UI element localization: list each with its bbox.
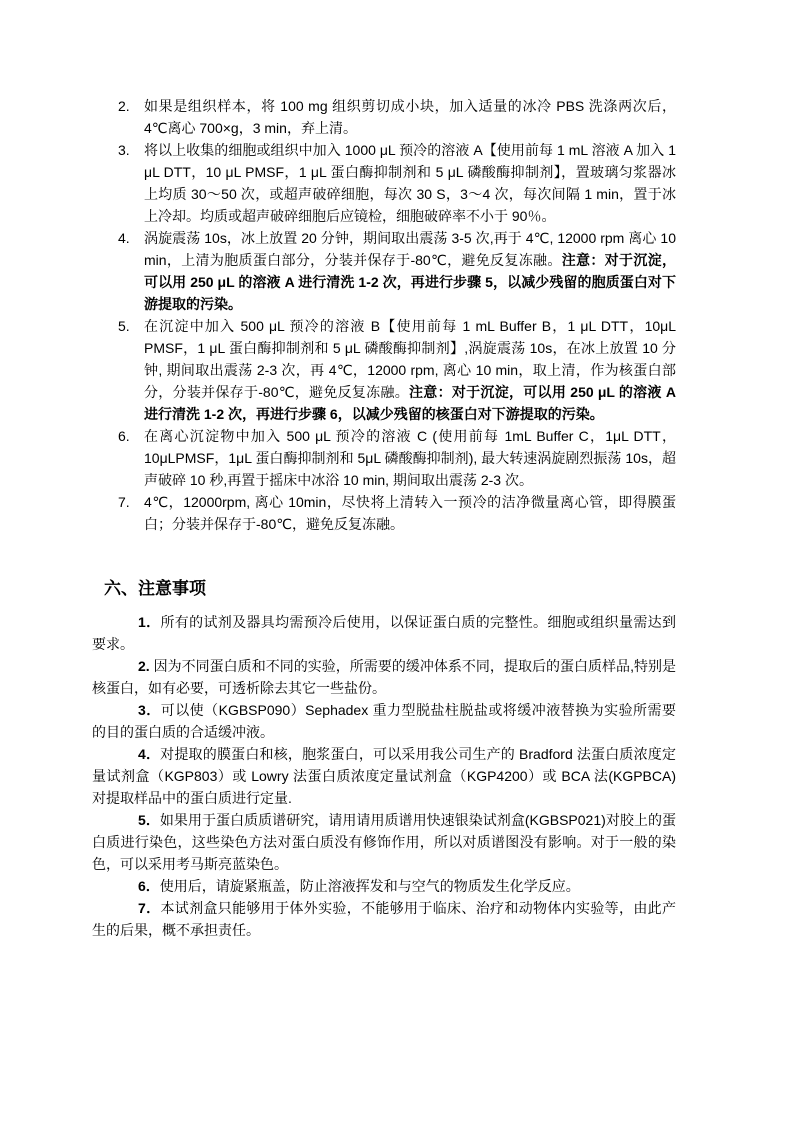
note-number: 4． bbox=[138, 746, 160, 762]
note-paragraph: 7．本试剂盒只能够用于体外实验，不能够用于临床、治疗和动物体内实验等，由此产生的… bbox=[92, 897, 676, 941]
step-text-segment: 4℃，12000rpm, 离心 10min，尽快将上清转入一预冷的洁净微量离心管… bbox=[144, 494, 676, 532]
note-text: 对提取的膜蛋白和核，胞浆蛋白，可以采用我公司生产的 Bradford 法蛋白质浓… bbox=[92, 746, 676, 806]
step-number: 7. bbox=[118, 491, 144, 535]
step-text: 涡旋震荡 10s，冰上放置 20 分钟，期间取出震荡 3-5 次,再于 4℃, … bbox=[144, 227, 676, 315]
procedure-step: 7.4℃，12000rpm, 离心 10min，尽快将上清转入一预冷的洁净微量离… bbox=[92, 491, 676, 535]
note-number: 7． bbox=[138, 900, 160, 916]
step-text-segment: 在离心沉淀物中加入 500 μL 预冷的溶液 C (使用前每 1mL Buffe… bbox=[144, 428, 676, 488]
document-page: 2.如果是组织样本，将 100 mg 组织剪切成小块，加入适量的冰冷 PBS 洗… bbox=[0, 0, 794, 1123]
step-text: 在离心沉淀物中加入 500 μL 预冷的溶液 C (使用前每 1mL Buffe… bbox=[144, 425, 676, 491]
procedure-step: 5.在沉淀中加入 500 μL 预冷的溶液 B【使用前每 1 mL Buffer… bbox=[92, 315, 676, 425]
step-number: 4. bbox=[118, 227, 144, 315]
step-number: 2. bbox=[118, 95, 144, 139]
note-number: 5． bbox=[138, 812, 160, 828]
step-text: 4℃，12000rpm, 离心 10min，尽快将上清转入一预冷的洁净微量离心管… bbox=[144, 491, 676, 535]
procedure-step: 3.将以上收集的细胞或组织中加入 1000 μL 预冷的溶液 A【使用前每 1 … bbox=[92, 139, 676, 227]
note-paragraph: 5．如果用于蛋白质质谱研究，请用请用质谱用快速银染试剂盒(KGBSP021)对胶… bbox=[92, 809, 676, 875]
note-paragraph: 4．对提取的膜蛋白和核，胞浆蛋白，可以采用我公司生产的 Bradford 法蛋白… bbox=[92, 743, 676, 809]
notes-list: 1．所有的试剂及器具均需预冷后使用，以保证蛋白质的完整性。细胞或组织量需达到要求… bbox=[92, 611, 676, 941]
note-text: 可以使（KGBSP090）Sephadex 重力型脱盐柱脱盐或将缓冲液替换为实验… bbox=[92, 702, 676, 740]
procedure-step-list: 2.如果是组织样本，将 100 mg 组织剪切成小块，加入适量的冰冷 PBS 洗… bbox=[92, 95, 676, 535]
note-text: 因为不同蛋白质和不同的实验，所需要的缓冲体系不同，提取后的蛋白质样品,特别是核蛋… bbox=[92, 658, 676, 696]
note-text: 所有的试剂及器具均需预冷后使用，以保证蛋白质的完整性。细胞或组织量需达到要求。 bbox=[92, 614, 676, 652]
note-text: 如果用于蛋白质质谱研究，请用请用质谱用快速银染试剂盒(KGBSP021)对胶上的… bbox=[92, 812, 676, 872]
note-paragraph: 3．可以使（KGBSP090）Sephadex 重力型脱盐柱脱盐或将缓冲液替换为… bbox=[92, 699, 676, 743]
step-text-segment: 将以上收集的细胞或组织中加入 1000 μL 预冷的溶液 A【使用前每 1 mL… bbox=[144, 142, 676, 224]
note-number: 2. bbox=[138, 658, 150, 674]
note-number: 1． bbox=[138, 614, 160, 630]
step-number: 5. bbox=[118, 315, 144, 425]
note-paragraph: 6．使用后，请旋紧瓶盖，防止溶液挥发和与空气的物质发生化学反应。 bbox=[92, 875, 676, 897]
procedure-step: 2.如果是组织样本，将 100 mg 组织剪切成小块，加入适量的冰冷 PBS 洗… bbox=[92, 95, 676, 139]
note-number: 3． bbox=[138, 702, 161, 718]
note-text: 本试剂盒只能够用于体外实验，不能够用于临床、治疗和动物体内实验等，由此产生的后果… bbox=[92, 900, 676, 938]
step-text: 如果是组织样本，将 100 mg 组织剪切成小块，加入适量的冰冷 PBS 洗涤两… bbox=[144, 95, 676, 139]
note-paragraph: 1．所有的试剂及器具均需预冷后使用，以保证蛋白质的完整性。细胞或组织量需达到要求… bbox=[92, 611, 676, 655]
note-text: 使用后，请旋紧瓶盖，防止溶液挥发和与空气的物质发生化学反应。 bbox=[160, 878, 580, 894]
note-number: 6． bbox=[138, 878, 160, 894]
notes-section-heading: 六、注意事项 bbox=[104, 577, 676, 601]
note-paragraph: 2. 因为不同蛋白质和不同的实验，所需要的缓冲体系不同，提取后的蛋白质样品,特别… bbox=[92, 655, 676, 699]
step-number: 6. bbox=[118, 425, 144, 491]
step-number: 3. bbox=[118, 139, 144, 227]
step-text: 将以上收集的细胞或组织中加入 1000 μL 预冷的溶液 A【使用前每 1 mL… bbox=[144, 139, 676, 227]
procedure-step: 4.涡旋震荡 10s，冰上放置 20 分钟，期间取出震荡 3-5 次,再于 4℃… bbox=[92, 227, 676, 315]
step-text: 在沉淀中加入 500 μL 预冷的溶液 B【使用前每 1 mL Buffer B… bbox=[144, 315, 676, 425]
procedure-step: 6.在离心沉淀物中加入 500 μL 预冷的溶液 C (使用前每 1mL Buf… bbox=[92, 425, 676, 491]
step-text-segment: 如果是组织样本，将 100 mg 组织剪切成小块，加入适量的冰冷 PBS 洗涤两… bbox=[144, 98, 676, 136]
